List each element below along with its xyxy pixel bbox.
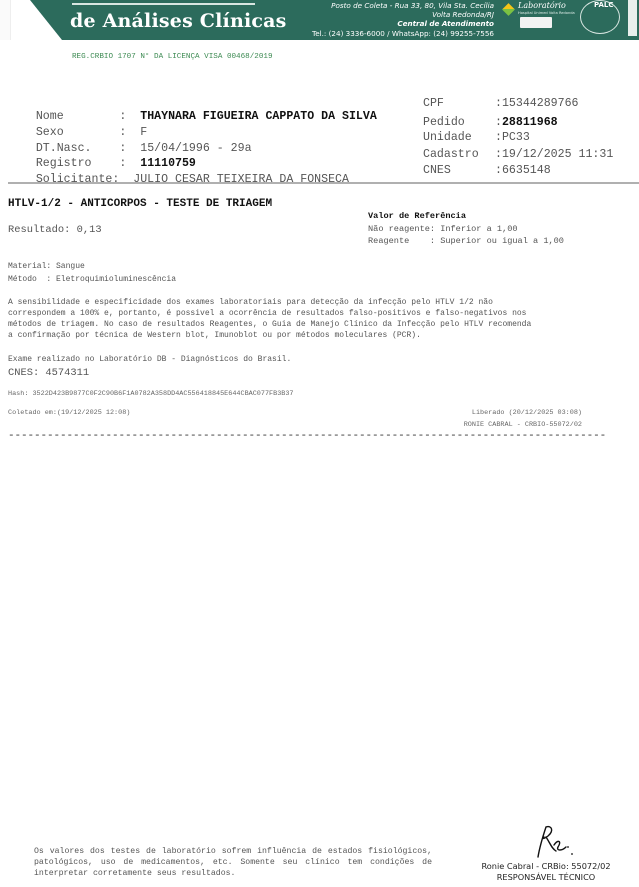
palc-seal-label: PALC — [594, 1, 614, 9]
field-label: Cadastro — [423, 148, 495, 161]
reference-line-nonreactive: Não reagente: Inferior a 1,00 — [368, 224, 518, 234]
order-number: 28811968 — [502, 116, 558, 129]
contact-city: Volta Redonda/RJ — [312, 10, 494, 19]
note-line: a confirmação por técnica de Western blo… — [8, 331, 421, 340]
patient-name: THAYNARA FIGUEIRA CAPPATO DA SILVA — [140, 110, 377, 123]
note-line: métodos de triagem. No caso de resultado… — [8, 320, 531, 329]
field-sep: : — [112, 173, 119, 186]
material-line: Material: Sangue — [8, 262, 85, 271]
contact-info: Posto de Coleta - Rua 33, 80, Vila Sta. … — [312, 1, 494, 38]
cpf-row: CPF:15344289766 — [423, 97, 579, 110]
registration-date-row: Cadastro:19/12/2025 11:31 — [423, 148, 613, 161]
field-label: CPF — [423, 97, 495, 110]
released-date: Liberado (20/12/2025 03:08) — [472, 409, 582, 417]
contact-phones: Tel.: (24) 3336-6000 / WhatsApp: (24) 99… — [312, 29, 494, 38]
partner-lab-name: Laboratório — [518, 1, 566, 10]
header-banner: de Análises Clínicas Posto de Coleta - R… — [0, 0, 639, 40]
order-row: Pedido:28811968 — [423, 116, 558, 129]
field-label: Unidade — [423, 131, 495, 144]
method-line: Método : Eletroquimioluminescência — [8, 275, 176, 284]
requester-row: Solicitante: JULIO CESAR TEIXEIRA DA FON… — [8, 160, 349, 199]
field-label: Pedido — [423, 116, 495, 129]
reference-title: Valor de Referência — [368, 211, 466, 221]
signatory-name: Ronie Cabral - CRBio: 55072/02 — [470, 861, 622, 872]
collected-date: Coletado em:(19/12/2025 12:08) — [8, 409, 130, 417]
banner-divider — [72, 3, 255, 5]
signature-icon — [530, 823, 580, 861]
side-certificate-strip — [628, 0, 637, 36]
unit-value: PC33 — [502, 131, 530, 144]
contact-address: Posto de Coleta - Rua 33, 80, Vila Sta. … — [312, 1, 494, 10]
banner-edge — [0, 0, 11, 40]
note-line: correspondem a 100% e, portanto, é possi… — [8, 309, 526, 318]
partner-lab-seal — [520, 17, 552, 28]
result-label: Resultado: — [8, 224, 70, 236]
cnes-row: CNES:6635148 — [423, 164, 551, 177]
cnes-value: 6635148 — [502, 164, 551, 177]
contact-central-label: Central de Atendimento — [312, 19, 494, 28]
partner-lab-subtitle: Hospital Unimed Volta Redonda — [518, 11, 575, 15]
registration-line: REG.CRBIO 1707 N° DA LICENÇA VISA 00468/… — [72, 53, 273, 61]
requester-name: JULIO CESAR TEIXEIRA DA FONSECA — [133, 173, 349, 186]
performed-at: Exame realizado no Laboratório DB - Diag… — [8, 355, 291, 364]
hash-line: Hash: 3522D423B9877C0F2C90B6F1A0782A358D… — [8, 390, 294, 398]
registration-date: 19/12/2025 11:31 — [502, 148, 613, 161]
reference-line-reactive: Reagente : Superior ou igual a 1,00 — [368, 236, 564, 246]
pinwheel-logo-icon — [502, 3, 515, 16]
performed-cnes: CNES: 4574311 — [8, 367, 89, 379]
signatory-role: RESPONSÁVEL TÉCNICO — [470, 872, 622, 883]
dashed-separator: ----------------------------------------… — [8, 430, 606, 442]
brand-title: de Análises Clínicas — [70, 10, 287, 32]
released-by: RONIE CABRAL - CRBIO-55072/02 — [464, 421, 582, 429]
result-row: Resultado: 0,13 — [8, 224, 102, 236]
unit-row: Unidade:PC33 — [423, 131, 530, 144]
section-divider — [8, 182, 639, 184]
result-value: 0,13 — [77, 224, 102, 236]
exam-title: HTLV-1/2 - ANTICORPOS - TESTE DE TRIAGEM — [8, 198, 272, 210]
cpf-value: 15344289766 — [502, 97, 579, 110]
field-label: Solicitante — [36, 173, 113, 186]
note-line: A sensibilidade e especificidade dos exa… — [8, 298, 493, 307]
field-label: CNES — [423, 164, 495, 177]
footer-disclaimer: Os valores dos testes de laboratório sof… — [34, 846, 432, 880]
signature-caption: Ronie Cabral - CRBio: 55072/02 RESPONSÁV… — [470, 861, 622, 883]
